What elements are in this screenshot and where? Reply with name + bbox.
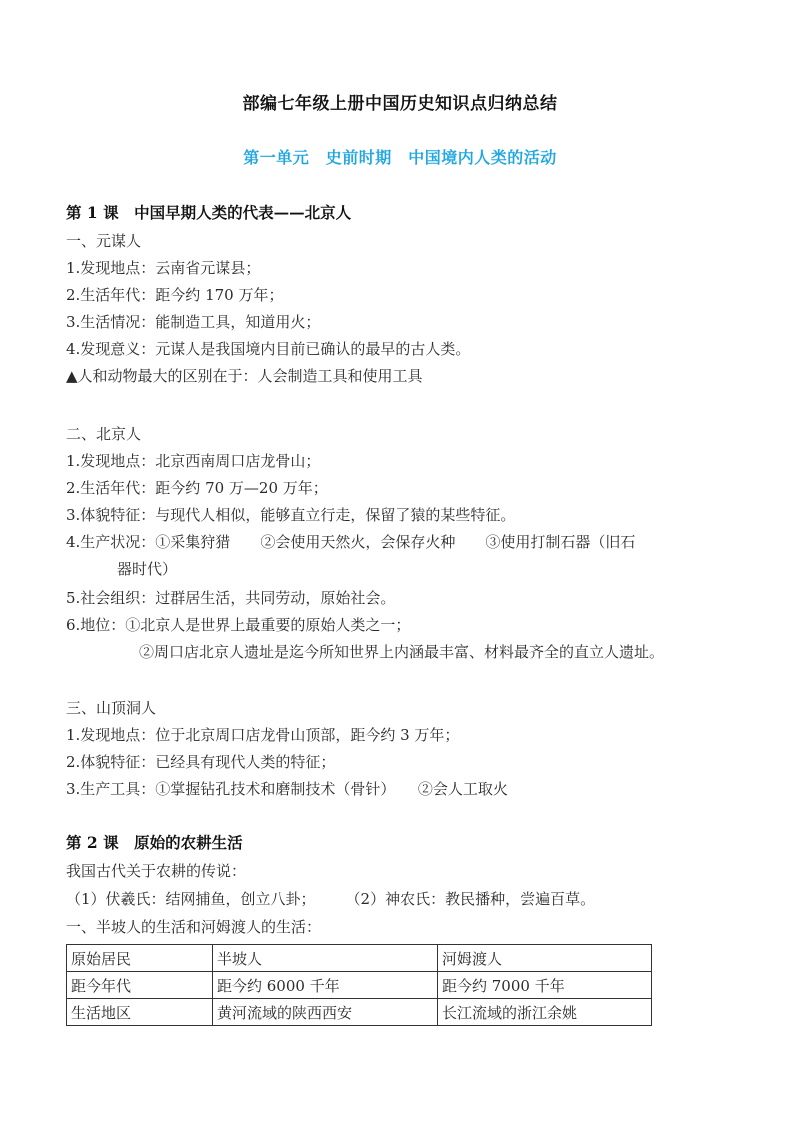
- table-cell: 距今年代: [67, 972, 213, 999]
- yuanmou-item-1: 1.发现地点：云南省元谋县；: [66, 258, 260, 278]
- table-cell: 长江流域的浙江余姚: [438, 999, 652, 1026]
- table-cell: 河姆渡人: [438, 945, 652, 972]
- unit-title: 第一单元 史前时期 中国境内人类的活动: [0, 145, 800, 168]
- table-row: 距今年代 距今约 6000 千年 距今约 7000 千年: [67, 972, 652, 999]
- yuanmou-item-4: 4.发现意义：元谋人是我国境内目前已确认的最早的古人类。: [66, 339, 470, 359]
- section-banpo-hemudu-heading: 一、半坡人的生活和河姆渡人的生活：: [66, 917, 321, 937]
- lesson-2-heading: 第 2 课 原始的农耕生活: [66, 833, 243, 853]
- shanding-item-2: 2.体貌特征：已经具有现代人类的特征；: [66, 752, 335, 772]
- beijing-item-5: 5.社会组织：过群居生活，共同劳动，原始社会。: [66, 588, 395, 608]
- beijing-item-3: 3.体貌特征：与现代人相似，能够直立行走，保留了猿的某些特征。: [66, 505, 515, 525]
- yuanmou-item-3: 3.生活情况：能制造工具，知道用火；: [66, 312, 320, 332]
- table-cell: 黄河流域的陕西西安: [213, 999, 438, 1026]
- table-cell: 半坡人: [213, 945, 438, 972]
- shanding-item-3: 3.生产工具：①掌握钻孔技术和磨制技术（骨针） ②会人工取火: [66, 779, 508, 799]
- table-cell: 距今约 7000 千年: [438, 972, 652, 999]
- table-cell: 生活地区: [67, 999, 213, 1026]
- yuanmou-note: ▲人和动物最大的区别在于：人会制造工具和使用工具: [66, 366, 423, 386]
- table-row: 生活地区 黄河流域的陕西西安 长江流域的浙江余姚: [67, 999, 652, 1026]
- document-page: 部编七年级上册中国历史知识点归纳总结 第一单元 史前时期 中国境内人类的活动 第…: [0, 0, 800, 1131]
- watermark: [590, 1026, 740, 1036]
- table-cell: 距今约 6000 千年: [213, 972, 438, 999]
- beijing-item-6: 6.地位：①北京人是世界上最重要的原始人类之一；: [66, 615, 410, 635]
- beijing-item-2: 2.生活年代：距今约 70 万—20 万年；: [66, 478, 328, 498]
- section-yuanmou-heading: 一、元谋人: [66, 231, 141, 251]
- beijing-item-4-continuation: 器时代）: [117, 559, 177, 579]
- legend-intro: 我国古代关于农耕的传说：: [66, 861, 246, 881]
- shanding-item-1: 1.发现地点：位于北京周口店龙骨山顶部，距今约 3 万年；: [66, 725, 459, 745]
- table-row: 原始居民 半坡人 河姆渡人: [67, 945, 652, 972]
- section-beijing-heading: 二、北京人: [66, 424, 141, 444]
- banpo-hemudu-comparison-table: 原始居民 半坡人 河姆渡人 距今年代 距今约 6000 千年 距今约 7000 …: [66, 944, 652, 1026]
- beijing-item-4: 4.生产状况：①采集狩猎 ②会使用天然火，会保存火种 ③使用打制石器（旧石: [66, 532, 635, 552]
- beijing-item-1: 1.发现地点：北京西南周口店龙骨山；: [66, 451, 320, 471]
- beijing-item-6-sub-2: ②周口店北京人遗址是迄今所知世界上内涵最丰富、材料最齐全的直立人遗址。: [139, 642, 664, 662]
- section-shanding-heading: 三、山顶洞人: [66, 698, 156, 718]
- table-cell: 原始居民: [67, 945, 213, 972]
- yuanmou-item-2: 2.生活年代：距今约 170 万年；: [66, 285, 283, 305]
- legend-list: （1）伏羲氏：结网捕鱼，创立八卦； （2）神农氏：教民播种，尝遍百草。: [66, 889, 595, 909]
- lesson-1-heading: 第 1 课 中国早期人类的代表——北京人: [66, 203, 351, 223]
- document-title: 部编七年级上册中国历史知识点归纳总结: [0, 89, 800, 114]
